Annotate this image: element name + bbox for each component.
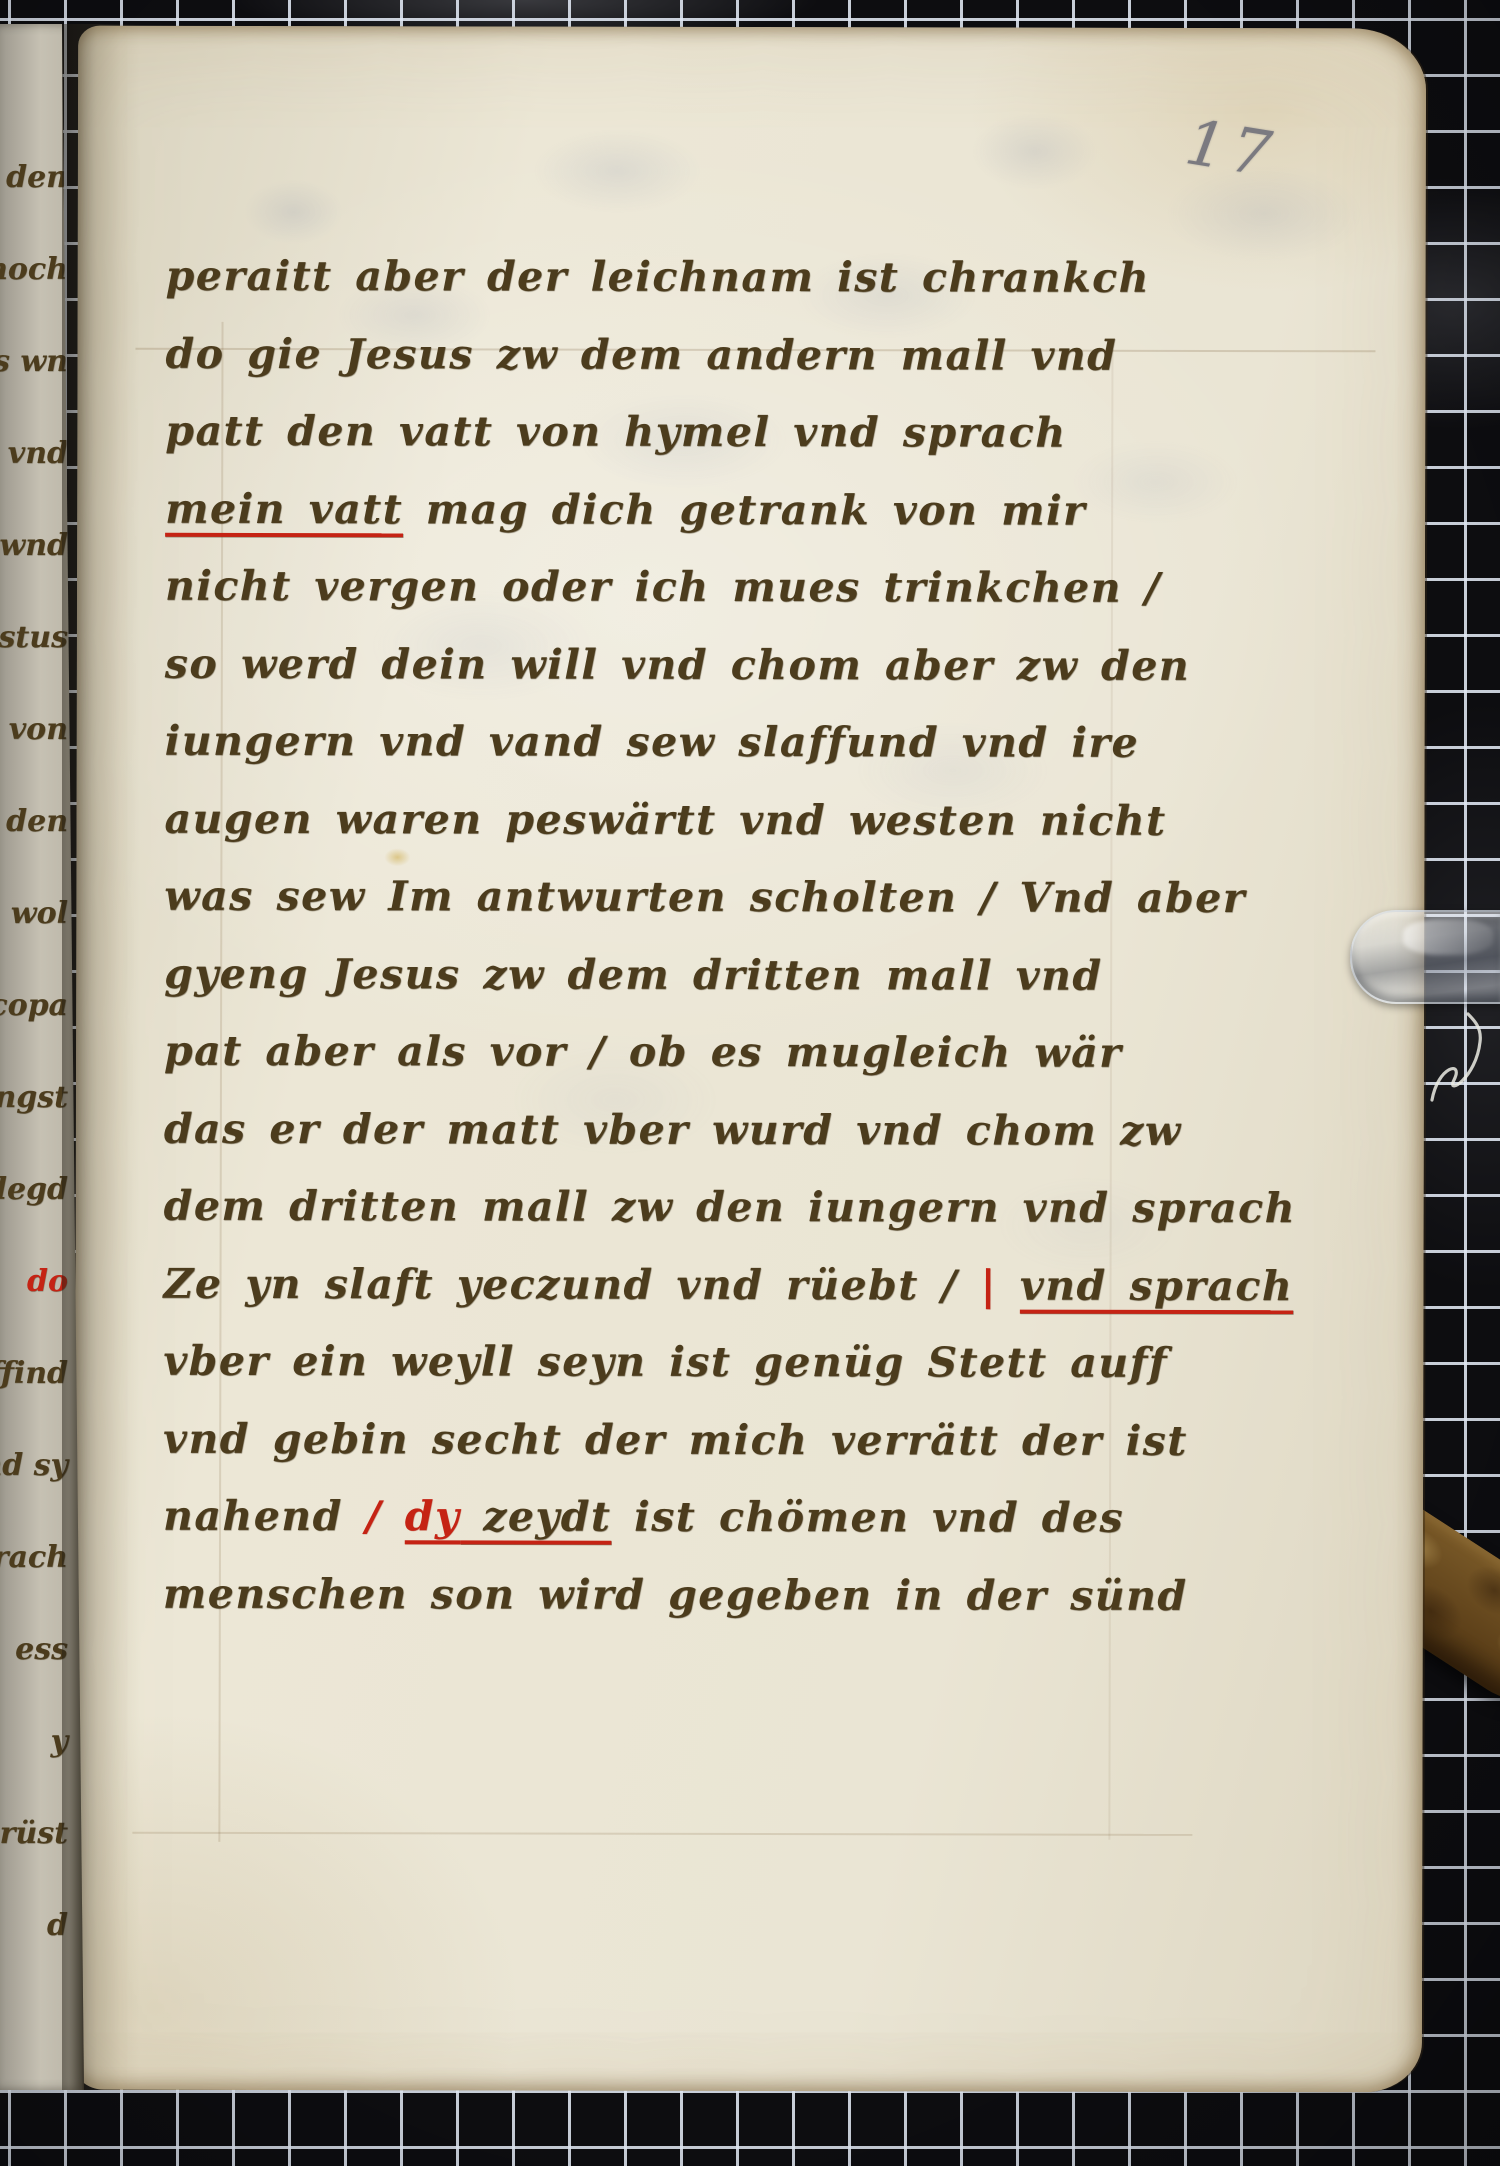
rubricated-text: dy [405,1492,461,1540]
ink-text: nicht vergen oder ich mues trinkchen / [165,562,1161,612]
manuscript-photo: 17 peraitt aber der leichnam ist chrankc… [0,0,1500,2166]
ink-text: mag dich getrank von mir [403,485,1086,534]
ink-text: was sew Im antwurten scholten / Vnd aber [164,872,1246,922]
manuscript-line: pat aber als vor / ob es mugleich wär [164,1013,1414,1093]
manuscript-line: nicht vergen oder ich mues trinkchen / [165,548,1415,628]
page-holder-tab [1350,910,1500,1004]
manuscript-line: iungern vnd vand sew slaffund vnd ire [165,703,1415,783]
ink-text: gyeng Jesus zw dem dritten mall vnd [164,949,1102,999]
manuscript-line: menschen son wird gegeben in der sünd [163,1555,1413,1635]
ink-text: vnd gebin secht der mich verrätt der ist [163,1414,1188,1464]
rubricated-text: / [366,1492,405,1540]
manuscript-line: vber ein weyll seyn ist genüg Stett auff [163,1323,1413,1403]
rubricated-text: mein vatt [165,484,403,532]
ink-text: Ze yn slaft yeczund vnd rüebt / [163,1259,980,1309]
manuscript-line: gyeng Jesus zw dem dritten mall vnd [164,935,1414,1015]
manuscript-line: patt den vatt von hymel vnd sprach [165,393,1415,473]
folio-number: 17 [1181,105,1282,191]
manuscript-line: was sew Im antwurten scholten / Vnd aber [164,858,1414,938]
text-block: peraitt aber der leichnam ist chrankchdo… [163,238,1416,1636]
ink-text: pat aber als vor / ob es mugleich wär [164,1027,1122,1077]
tab-highlight [1403,919,1493,955]
ink-text: nahend [163,1492,366,1540]
manuscript-line: peraitt aber der leichnam ist chrankch [166,238,1416,318]
ink-text: so werd dein will vnd chom aber zw den [165,639,1190,689]
manuscript-line: so werd dein will vnd chom aber zw den [165,625,1415,705]
manuscript-line: nahend / dy zeydt ist chömen vnd des [163,1478,1413,1558]
manuscript-line: mein vatt mag dich getrank von mir [165,470,1415,550]
ink-text: das er der matt vber wurd vnd chom zw [164,1104,1182,1154]
dust-fibre [1424,1008,1494,1118]
manuscript-line: vnd gebin secht der mich verrätt der ist [163,1400,1413,1480]
ink-text: do gie Jesus zw dem andern mall vnd [165,329,1117,379]
manuscript-line: augen waren peswärtt vnd westen nicht [164,780,1414,860]
rubricated-text: | [981,1261,1020,1309]
gutter-shadow [62,24,140,2090]
ink-text: iungern vnd vand sew slaffund vnd ire [165,717,1140,767]
ink-text: peraitt aber der leichnam ist chrankch [166,252,1150,302]
ink-text: dem dritten mall zw den iungern vnd spra… [164,1182,1296,1232]
rubricated-text: vnd sprach [1020,1261,1293,1310]
manuscript-line: das er der matt vber wurd vnd chom zw [164,1090,1414,1170]
manuscript-line: do gie Jesus zw dem andern mall vnd [165,315,1415,395]
ink-text: patt den vatt von hymel vnd sprach [165,407,1066,457]
ruling-line-bottom [132,1832,1192,1836]
manuscript-line: dem dritten mall zw den iungern vnd spra… [164,1168,1414,1248]
rubricated-text: zeydt [460,1492,611,1540]
ink-text: augen waren peswärtt vnd westen nicht [164,794,1166,844]
manuscript-line: Ze yn slaft yeczund vnd rüebt / | vnd sp… [163,1245,1413,1325]
ink-text: menschen son wird gegeben in der sünd [163,1569,1188,1619]
ink-text: vber ein weyll seyn ist genüg Stett auff [163,1337,1168,1387]
ink-text: ist chömen vnd des [611,1493,1124,1542]
manuscript-page: 17 peraitt aber der leichnam ist chrankc… [74,26,1426,2093]
